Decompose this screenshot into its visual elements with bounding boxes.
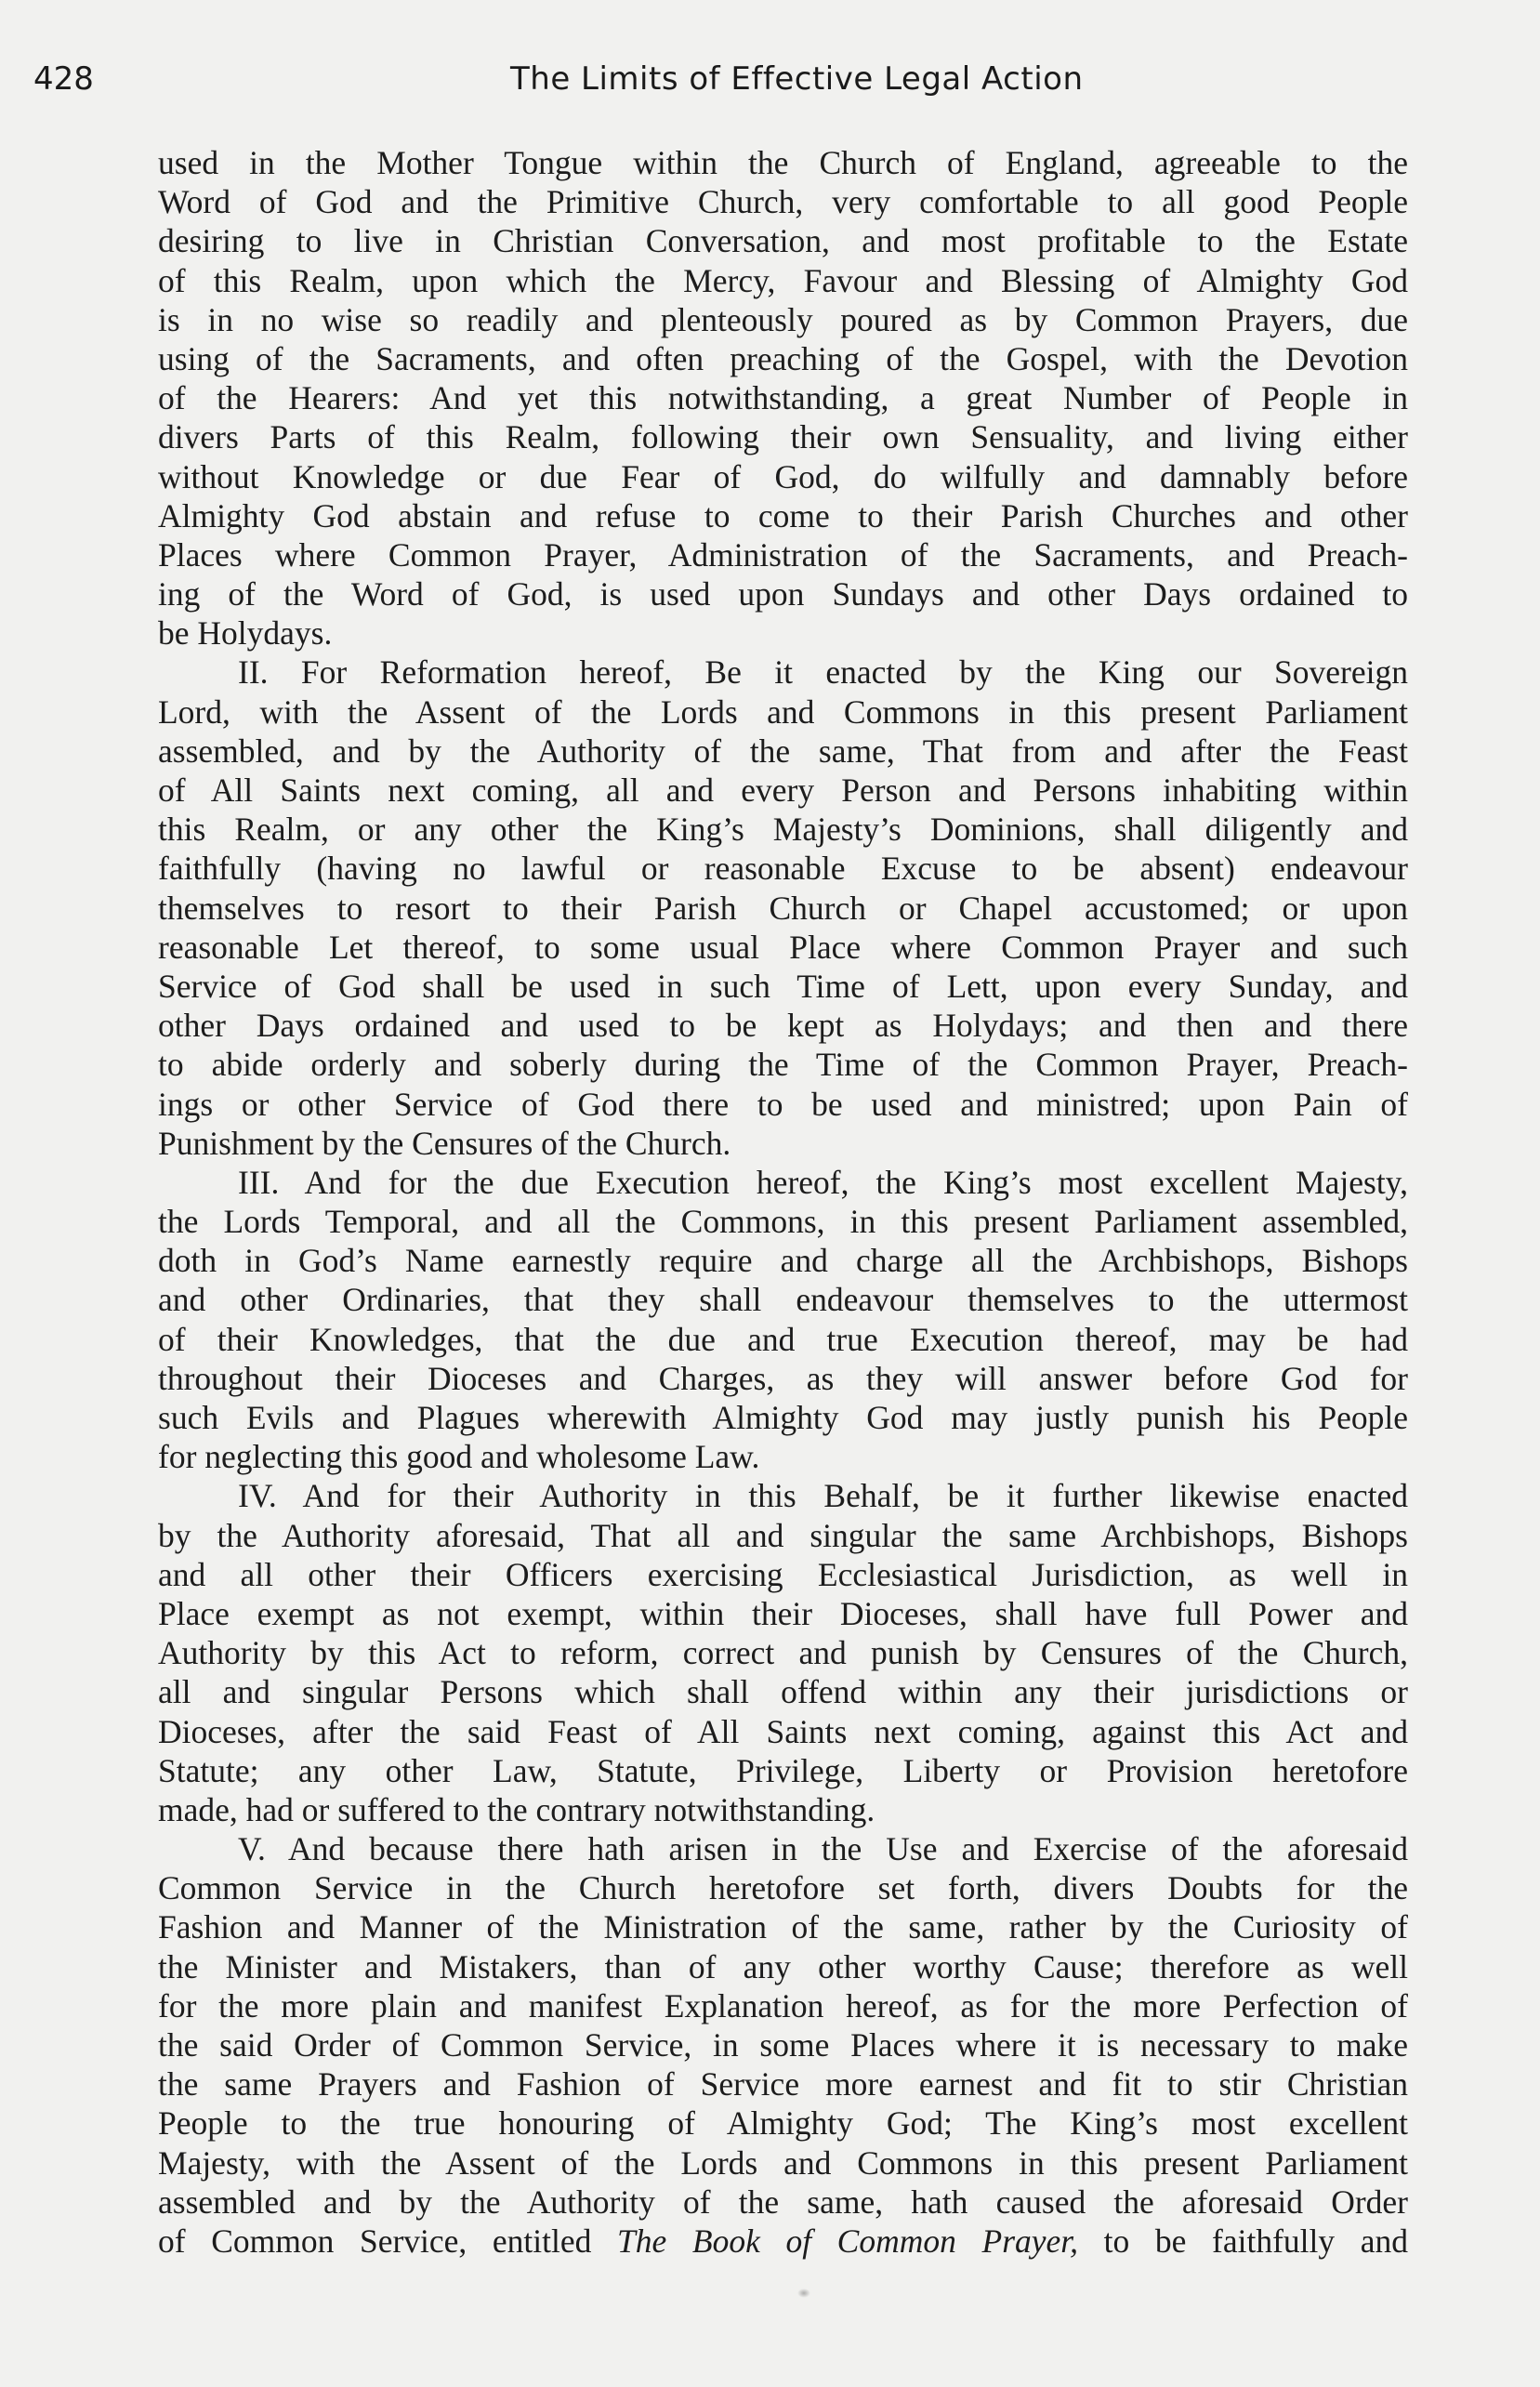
text-line: is in no wise so readily and plenteously…: [158, 300, 1408, 339]
paragraph-section-iv: IV. And for their Authority in this Beha…: [158, 1476, 1408, 1829]
text-line: without Knowledge or due Fear of God, do…: [158, 457, 1408, 496]
text-line: Dioceses, after the said Feast of All Sa…: [158, 1712, 1408, 1751]
text-line-with-title: of Common Service, entitled The Book of …: [158, 2222, 1408, 2261]
text-line: made, had or suffered to the contrary no…: [158, 1790, 1408, 1829]
text-line: the same Prayers and Fashion of Service …: [158, 2064, 1408, 2103]
text-line: II. For Reformation hereof, Be it enacte…: [158, 653, 1408, 692]
page-header: 428 The Limits of Effective Legal Action: [33, 56, 1112, 102]
text-run: of Common Service, entitled: [158, 2222, 617, 2260]
text-line: such Evils and Plagues wherewith Almight…: [158, 1398, 1408, 1437]
text-line: Statute; any other Law, Statute, Privile…: [158, 1751, 1408, 1790]
text-line: assembled, and by the Authority of the s…: [158, 732, 1408, 771]
text-line: the said Order of Common Service, in som…: [158, 2025, 1408, 2064]
text-line: Places where Common Prayer, Administrati…: [158, 535, 1408, 574]
text-line: Majesty, with the Assent of the Lords an…: [158, 2143, 1408, 2183]
text-line: People to the true honouring of Almighty…: [158, 2103, 1408, 2143]
text-line: to abide orderly and soberly during the …: [158, 1045, 1408, 1084]
text-line: throughout their Dioceses and Charges, a…: [158, 1359, 1408, 1398]
text-line: reasonable Let thereof, to some usual Pl…: [158, 928, 1408, 967]
text-line: other Days ordained and used to be kept …: [158, 1006, 1408, 1045]
text-line: V. And because there hath arisen in the …: [158, 1829, 1408, 1868]
page-number: 428: [33, 56, 94, 102]
text-line: by the Authority aforesaid, That all and…: [158, 1516, 1408, 1555]
paragraph-section-ii: II. For Reformation hereof, Be it enacte…: [158, 653, 1408, 1162]
text-line: Service of God shall be used in such Tim…: [158, 967, 1408, 1006]
text-line: of All Saints next coming, all and every…: [158, 771, 1408, 810]
text-line: ing of the Word of God, is used upon Sun…: [158, 574, 1408, 613]
text-line: Almighty God abstain and refuse to come …: [158, 496, 1408, 535]
text-line: faithfully (having no lawful or reasonab…: [158, 849, 1408, 888]
text-line: and all other their Officers exercising …: [158, 1555, 1408, 1594]
text-line: Place exempt as not exempt, within their…: [158, 1594, 1408, 1633]
text-line: Word of God and the Primitive Church, ve…: [158, 182, 1408, 221]
running-title: The Limits of Effective Legal Action: [510, 56, 1084, 102]
text-line: the Lords Temporal, and all the Commons,…: [158, 1202, 1408, 1241]
text-line: desiring to live in Christian Conversati…: [158, 221, 1408, 260]
text-line: Fashion and Manner of the Ministration o…: [158, 1907, 1408, 1946]
text-line: assembled and by the Authority of the sa…: [158, 2183, 1408, 2222]
text-run: to be faithfully and: [1078, 2222, 1408, 2260]
text-line: themselves to resort to their Parish Chu…: [158, 889, 1408, 928]
text-line: III. And for the due Execution hereof, t…: [158, 1163, 1408, 1202]
paragraph-section-v: V. And because there hath arisen in the …: [158, 1829, 1408, 2261]
text-line: used in the Mother Tongue within the Chu…: [158, 143, 1408, 182]
text-line: Common Service in the Church heretofore …: [158, 1868, 1408, 1907]
text-line: be Holydays.: [158, 613, 1408, 653]
text-line: all and singular Persons which shall off…: [158, 1672, 1408, 1711]
text-line: using of the Sacraments, and often preac…: [158, 339, 1408, 378]
print-smudge: [797, 2288, 810, 2298]
text-line: and other Ordinaries, that they shall en…: [158, 1280, 1408, 1319]
text-line: of the Hearers: And yet this notwithstan…: [158, 378, 1408, 417]
text-line: of this Realm, upon which the Mercy, Fav…: [158, 261, 1408, 300]
text-line: IV. And for their Authority in this Beha…: [158, 1476, 1408, 1515]
text-line: Authority by this Act to reform, correct…: [158, 1633, 1408, 1672]
text-line: Lord, with the Assent of the Lords and C…: [158, 692, 1408, 732]
paragraph-section-iii: III. And for the due Execution hereof, t…: [158, 1163, 1408, 1477]
text-line: this Realm, or any other the King’s Maje…: [158, 810, 1408, 849]
body-text: used in the Mother Tongue within the Chu…: [158, 143, 1408, 2261]
text-line: doth in God’s Name earnestly require and…: [158, 1241, 1408, 1280]
text-line: ings or other Service of God there to be…: [158, 1085, 1408, 1124]
text-line: of their Knowledges, that the due and tr…: [158, 1320, 1408, 1359]
text-line: Punishment by the Censures of the Church…: [158, 1124, 1408, 1163]
text-line: the Minister and Mistakers, than of any …: [158, 1947, 1408, 1986]
text-line: for neglecting this good and wholesome L…: [158, 1437, 1408, 1476]
paragraph-preamble: used in the Mother Tongue within the Chu…: [158, 143, 1408, 653]
text-line: for the more plain and manifest Explanat…: [158, 1986, 1408, 2025]
text-line: divers Parts of this Realm, following th…: [158, 417, 1408, 456]
book-title: The Book of Common Prayer,: [617, 2222, 1078, 2260]
